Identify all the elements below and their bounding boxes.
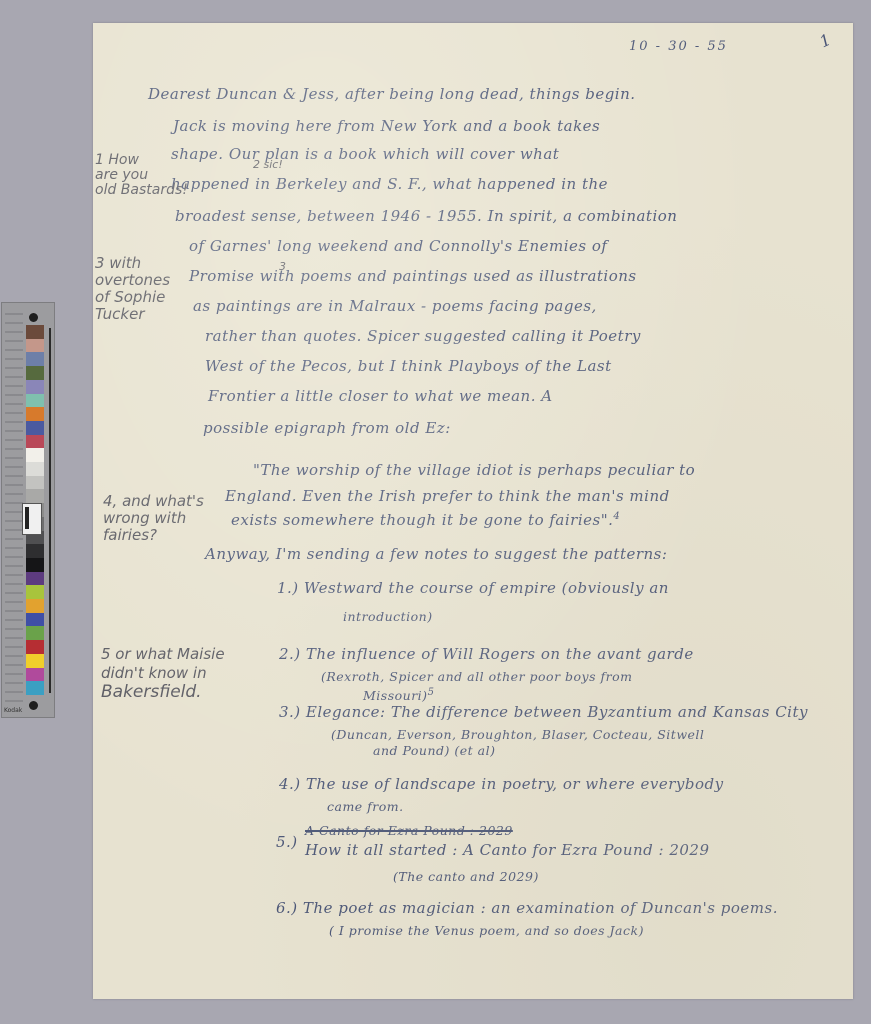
margin-note-line: 1 How [95,153,188,168]
calibration-tag [22,503,42,535]
margin-note-1: 1 How are you old Bastards! [95,153,188,198]
body-line: as paintings are in Malraux - poems faci… [193,297,597,315]
outline-item-1-cont: introduction) [343,609,433,624]
body-line: Frontier a little closer to what we mean… [208,387,553,405]
letter-page: 10 - 30 - 55 1 Dearest Duncan & Jess, af… [93,23,853,999]
calibration-swatch [26,585,44,599]
calibration-rail [49,328,51,693]
outline-item-1: 1.) Westward the course of empire (obvio… [277,579,669,597]
margin-note-line: wrong with [103,510,204,527]
quote-line: "The worship of the village idiot is per… [253,461,695,479]
margin-note-line: of Sophie [95,289,170,306]
outline-item-2: 2.) The influence of Will Rogers on the … [279,645,694,663]
outline-item-4: 4.) The use of landscape in poetry, or w… [279,775,724,793]
calibration-swatch [26,626,44,640]
quote-line: exists somewhere though it be gone to fa… [231,511,620,529]
margin-note-line: are you [95,168,188,183]
outline-item-2-text: Missouri) [363,688,428,703]
body-line: rather than quotes. Spicer suggested cal… [205,327,641,345]
calibration-swatch [26,613,44,627]
margin-note-line: 4, and what's [103,493,204,510]
calibration-swatch [26,352,44,366]
outline-item-3: 3.) Elegance: The difference between Byz… [279,703,808,721]
calibration-swatch [26,681,44,695]
outline-item-3-cont: and Pound) (et al) [373,743,495,758]
calibration-footer: Kodak [4,707,22,714]
margin-note-5: 5 or what Maisie didn't know in Bakersfi… [101,645,225,702]
calibration-swatch [26,599,44,613]
margin-note-3: 3 with overtones of Sophie Tucker [95,255,170,323]
margin-note-line: old Bastards! [95,183,188,198]
outline-item-6: 6.) The poet as magician : an examinatio… [276,899,778,917]
calibration-swatch [26,435,44,449]
body-line: happened in Berkeley and S. F., what hap… [171,175,608,193]
outline-item-3-cont: (Duncan, Everson, Broughton, Blaser, Coc… [331,727,704,742]
registration-dot-icon [29,313,38,322]
lead-in-line: Anyway, I'm sending a few notes to sugge… [205,545,667,563]
margin-note-line: 5 or what Maisie [101,645,225,664]
registration-dot-icon [29,701,38,710]
body-line: Dearest Duncan & Jess, after being long … [148,85,636,103]
calibration-labels [5,313,23,708]
body-line: Promise with poems and paintings used as… [189,267,637,285]
letter-date: 10 - 30 - 55 [629,39,728,54]
calibration-swatch [26,654,44,668]
outline-item-4-cont: came from. [327,799,404,814]
margin-note-line: fairies? [103,527,204,544]
calibration-swatch [26,489,44,503]
outline-item-2-cont: Missouri)5 [363,687,434,703]
calibration-swatch [26,462,44,476]
outline-item-5-struck: A Canto for Ezra Pound : 2029 [305,823,513,838]
footnote-mark-3: 3 [279,259,286,274]
body-line-text: happened in Berkeley and S. F., what hap… [171,175,608,193]
calibration-swatch [26,668,44,682]
calibration-swatch [26,558,44,572]
calibration-swatch [26,421,44,435]
margin-note-line: overtones [95,272,170,289]
margin-note-line: 3 with [95,255,170,272]
calibration-swatch [26,325,44,339]
outline-item-5: How it all started : A Canto for Ezra Po… [305,841,710,859]
footnote-mark-5: 5 [428,687,435,698]
margin-note-4: 4, and what's wrong with fairies? [103,493,204,544]
body-line: broadest sense, between 1946 - 1955. In … [175,207,677,225]
calibration-swatch [26,448,44,462]
outline-item-5-cont: (The canto and 2029) [393,869,539,884]
outline-item-6-cont: ( I promise the Venus poem, and so does … [329,923,644,938]
quote-line-text: exists somewhere though it be gone to fa… [231,511,613,529]
calibration-swatch [26,394,44,408]
calibration-swatch [26,407,44,421]
calibration-swatch [26,476,44,490]
footnote-mark-4: 4 [613,511,620,522]
outline-item-2-cont: (Rexroth, Spicer and all other poor boys… [321,669,632,684]
quote-line: England. Even the Irish prefer to think … [225,487,670,505]
calibration-swatch [26,572,44,586]
calibration-swatch [26,366,44,380]
body-line: West of the Pecos, but I think Playboys … [205,357,612,375]
outline-item-5-number: 5.) [276,833,298,851]
calibration-swatch [26,339,44,353]
calibration-swatch [26,380,44,394]
margin-note-line: Bakersfield. [101,683,225,702]
margin-note-line: didn't know in [101,664,225,683]
body-line: Jack is moving here from New York and a … [173,117,600,135]
color-calibration-strip: Kodak [1,302,55,718]
body-line: shape. Our plan is a book which will cov… [171,145,559,163]
page-number: 1 [816,30,834,52]
calibration-swatch [26,544,44,558]
margin-note-line: Tucker [95,306,170,323]
calibration-swatch [26,640,44,654]
body-line: of Garnes' long weekend and Connolly's E… [189,237,607,255]
sic-mark: 2 sic! [253,157,283,172]
body-line: possible epigraph from old Ez: [203,419,451,437]
